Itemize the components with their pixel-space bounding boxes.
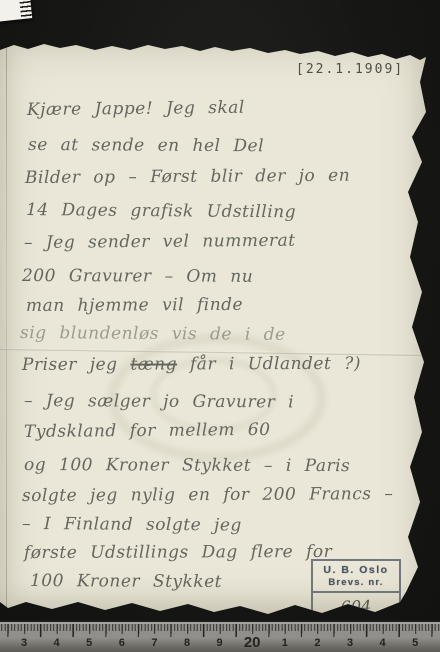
handwriting-line: Bilder op – Først blir der jo en <box>25 166 350 188</box>
handwriting-line: sig blundenløs vis de i de <box>20 323 286 345</box>
struck-word: tæng <box>130 354 177 374</box>
handwriting-line: 100 Kroner Stykket <box>30 571 222 592</box>
handwriting-line: Kjære Jappe! Jeg skal <box>27 98 245 120</box>
handwriting-line: Priser jeg tæng får i Udlandet ?) <box>22 354 361 375</box>
stamp-series-label: Brevs. nr. <box>328 577 383 588</box>
ruler-number: 9 <box>217 637 223 649</box>
handwriting-line: 14 Dages grafisk Udstilling <box>26 200 296 222</box>
ruler-number: 7 <box>151 637 157 649</box>
ruler-number: 2 <box>314 637 320 649</box>
handwriting-line: man hjemme vil finde <box>26 295 243 316</box>
handwriting-line: og 100 Kroner Stykket – i Paris <box>24 455 350 476</box>
handwriting-line: – Jeg sender vel nummerat <box>24 231 296 253</box>
handwriting-line: Tydskland for mellem 60 <box>24 420 271 442</box>
ruler-number: 3 <box>21 637 27 649</box>
handwriting-line: solgte jeg nylig en for 200 Francs – <box>22 484 393 506</box>
archive-stamp: U. B. Oslo Brevs. nr. 604 <box>311 559 401 621</box>
date-annotation: [22.1.1909] <box>296 62 404 77</box>
handwriting-line: – I Finland solgte jeg <box>22 514 242 536</box>
ruler-number: 4 <box>54 637 60 649</box>
handwriting-line: – Jeg sælger jo Gravurer i <box>24 391 294 412</box>
archive-stamp-header: U. B. Oslo Brevs. nr. <box>313 561 399 593</box>
ruler-number: 8 <box>184 637 190 649</box>
ruler-number: 20 <box>244 634 261 651</box>
photographed-letter-scene: 5 [22.1.1909] Kjære Jappe! Jeg skalse at… <box>0 0 440 652</box>
ruler-number: 6 <box>119 637 125 649</box>
stamp-number: 604 <box>313 592 400 621</box>
ruler-number: 4 <box>380 637 386 649</box>
ruler-fragment-digit: 5 <box>0 0 3 11</box>
letter-paper: [22.1.1909] Kjære Jappe! Jeg skalse at s… <box>0 42 426 615</box>
bottom-ruler: 34567892012345 <box>0 620 440 652</box>
ruler-cm-ticks <box>0 624 440 637</box>
top-left-ruler-fragment: 5 <box>0 0 32 22</box>
vertical-fold-crease <box>6 42 7 615</box>
ruler-fragment-ticks <box>19 0 33 19</box>
handwriting-line: første Udstillings Dag flere for <box>24 542 332 563</box>
ruler-number: 5 <box>412 637 418 649</box>
handwriting-line: se at sende en hel Del <box>28 135 264 156</box>
ruler-number: 3 <box>347 637 353 649</box>
handwriting-line: 200 Gravurer – Om nu <box>22 266 253 287</box>
ruler-number: 5 <box>86 637 92 649</box>
stamp-institution-label: U. B. Oslo <box>323 564 388 576</box>
ruler-number: 1 <box>282 637 288 649</box>
